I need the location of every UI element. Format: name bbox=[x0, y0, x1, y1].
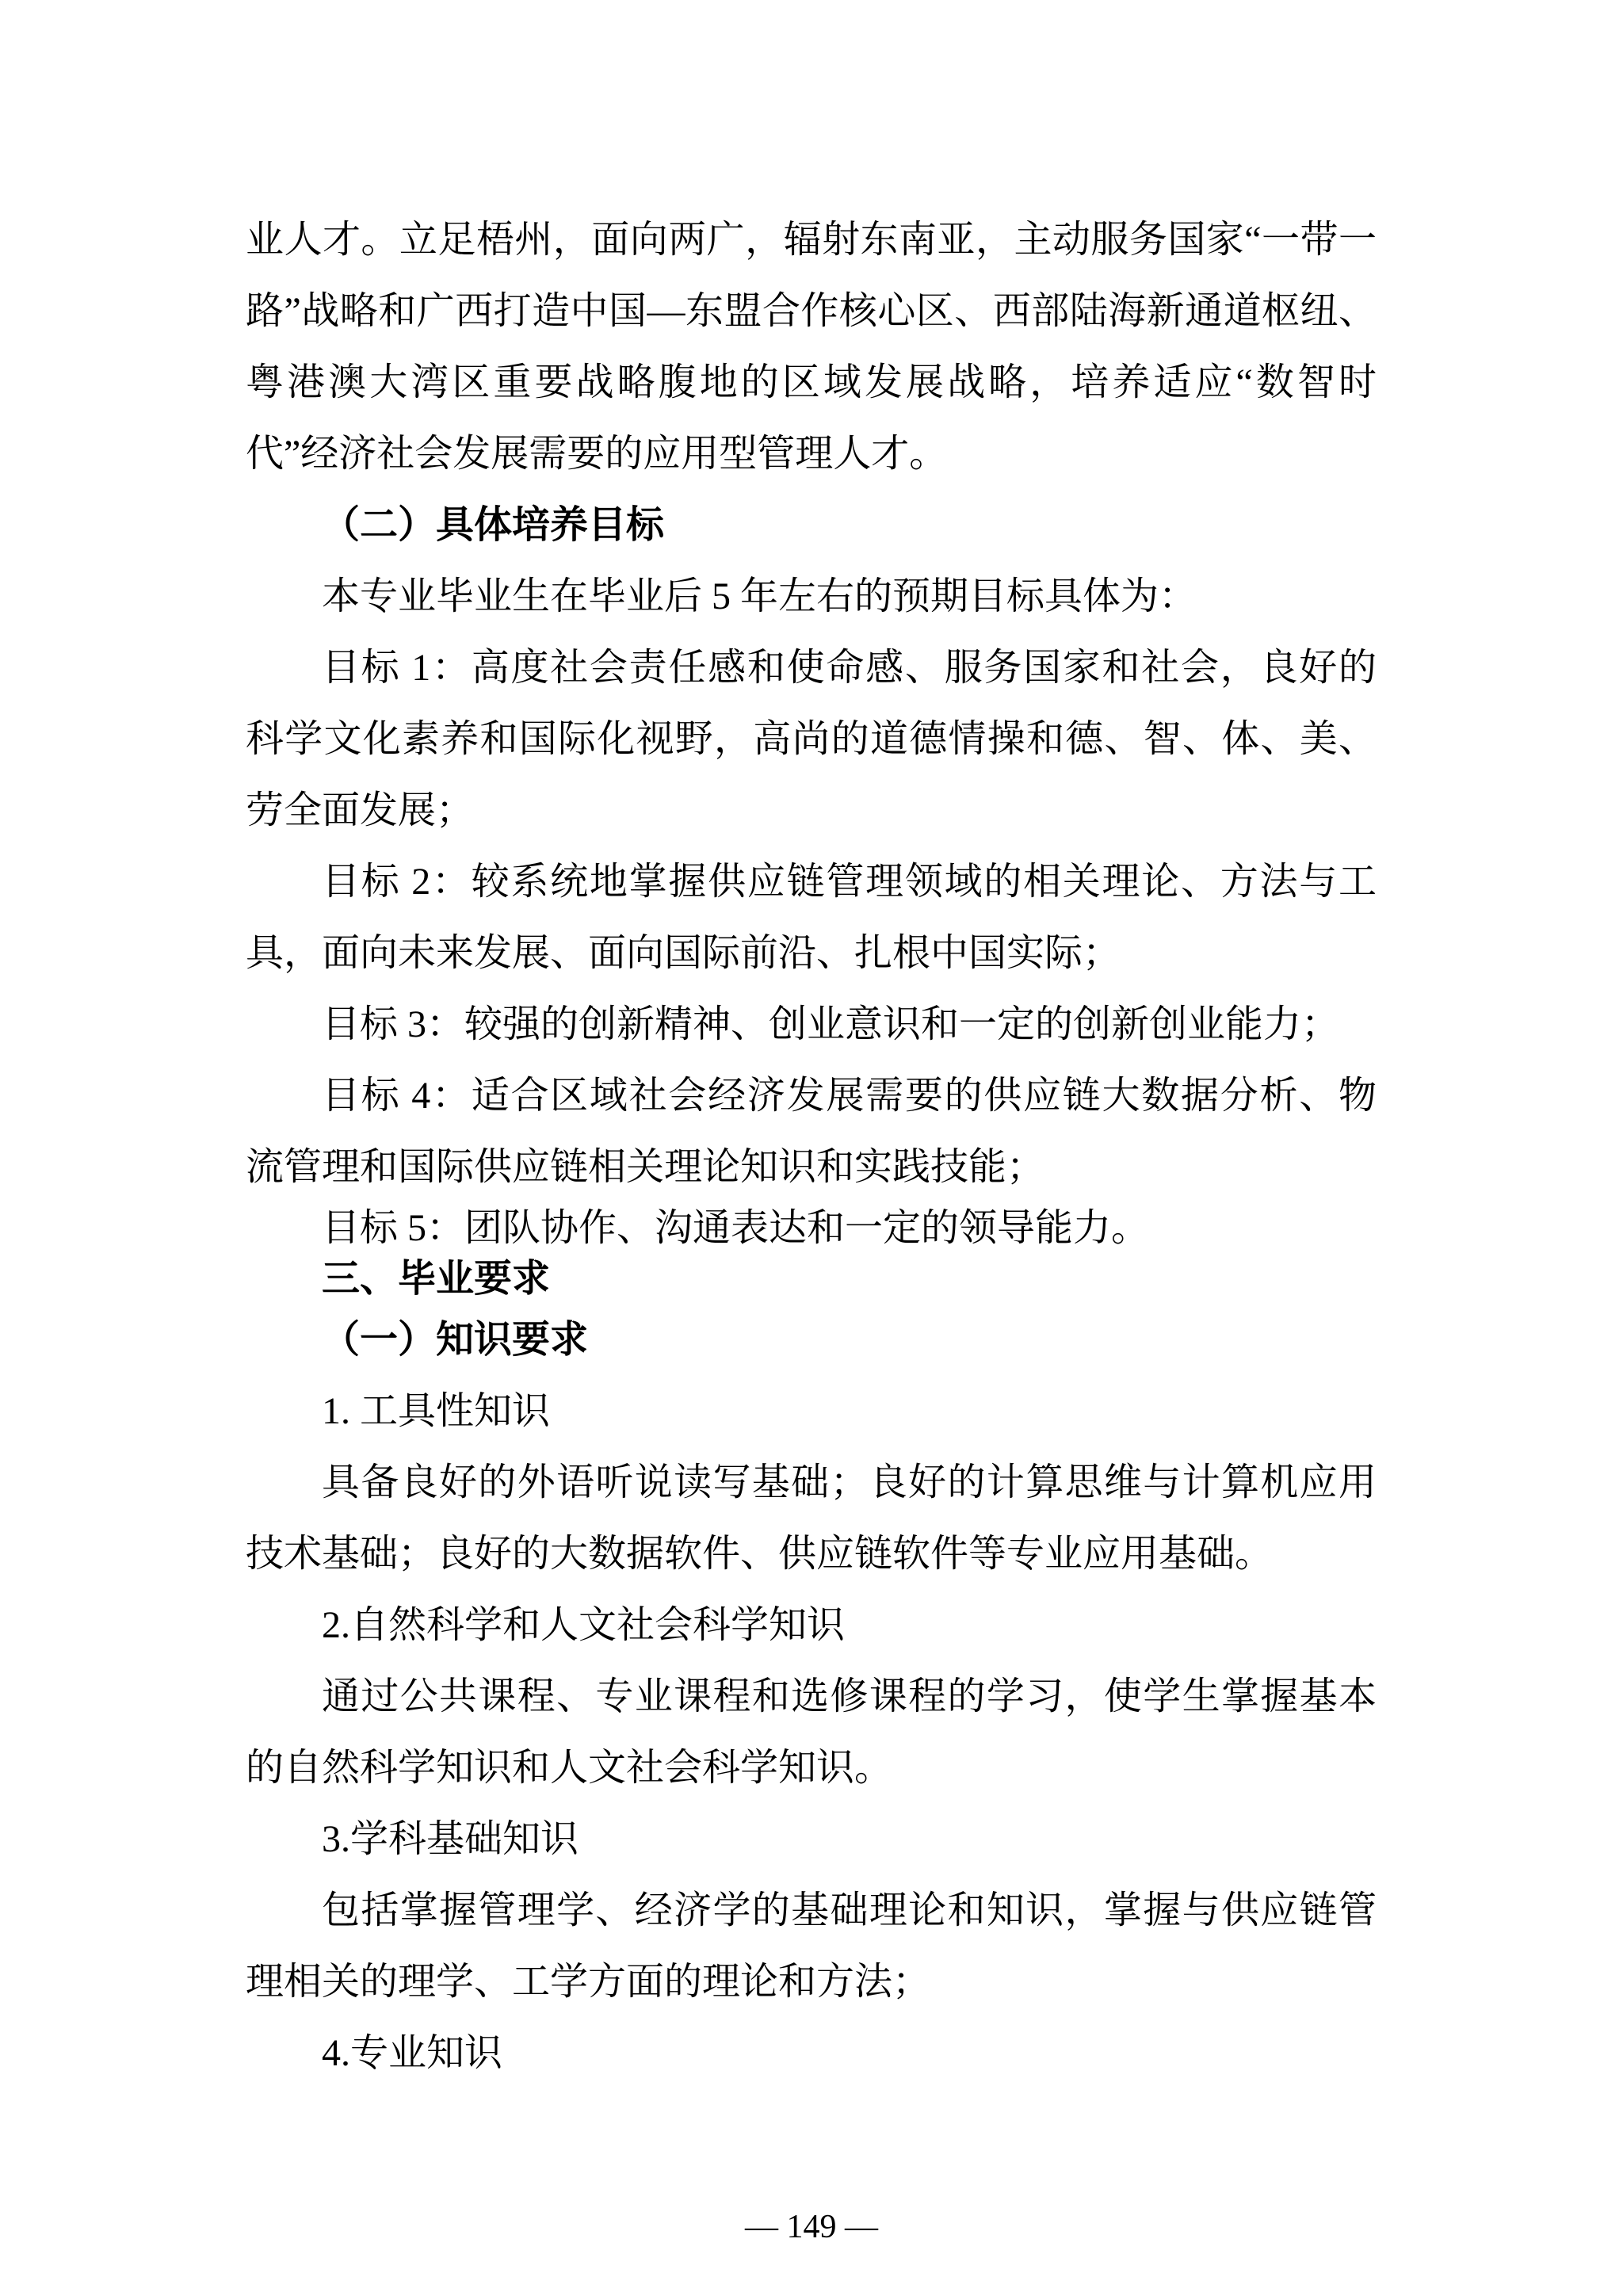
para-item-2-natural-social-science: 2.自然科学和人文社会科学知识 bbox=[246, 1590, 1377, 1661]
para-item-1-instrumental-knowledge: 1. 工具性知识 bbox=[246, 1376, 1377, 1447]
para-goals-intro: 本专业毕业生在毕业后 5 年左右的预期目标具体为： bbox=[246, 561, 1377, 632]
heading-knowledge-requirements: （一）知识要求 bbox=[246, 1305, 1377, 1376]
heading-specific-training-goals: （二）具体培养目标 bbox=[246, 490, 1377, 561]
para-natural-social-science-detail: 通过公共课程、专业课程和选修课程的学习，使学生掌握基本的自然科学知识和人文社会科… bbox=[246, 1661, 1377, 1804]
para-continuation: 业人才。立足梧州，面向两广，辐射东南亚，主动服务国家“一带一路”战略和广西打造中… bbox=[246, 204, 1377, 490]
document-body: 业人才。立足梧州，面向两广，辐射东南亚，主动服务国家“一带一路”战略和广西打造中… bbox=[246, 204, 1377, 2089]
para-discipline-basics-detail: 包括掌握管理学、经济学的基础理论和知识，掌握与供应链管理相关的理学、工学方面的理… bbox=[246, 1875, 1377, 2018]
heading-graduation-requirements: 三、毕业要求 bbox=[246, 1254, 1377, 1305]
document-page: 业人才。立足梧州，面向两广，辐射东南亚，主动服务国家“一带一路”战略和广西打造中… bbox=[0, 0, 1623, 2296]
para-instrumental-knowledge-detail: 具备良好的外语听说读写基础；良好的计算思维与计算机应用技术基础；良好的大数据软件… bbox=[246, 1447, 1377, 1590]
para-goal-5: 目标 5：团队协作、沟通表达和一定的领导能力。 bbox=[246, 1203, 1377, 1254]
para-item-4-professional-knowledge: 4.专业知识 bbox=[246, 2018, 1377, 2089]
page-number: — 149 — bbox=[0, 2210, 1623, 2244]
para-goal-3: 目标 3：较强的创新精神、创业意识和一定的创新创业能力； bbox=[246, 989, 1377, 1060]
para-item-3-discipline-basics: 3.学科基础知识 bbox=[246, 1804, 1377, 1875]
para-goal-1: 目标 1：高度社会责任感和使命感、服务国家和社会，良好的科学文化素养和国际化视野… bbox=[246, 632, 1377, 846]
para-goal-4: 目标 4：适合区域社会经济发展需要的供应链大数据分析、物流管理和国际供应链相关理… bbox=[246, 1060, 1377, 1203]
para-goal-2: 目标 2：较系统地掌握供应链管理领域的相关理论、方法与工具，面向未来发展、面向国… bbox=[246, 846, 1377, 989]
